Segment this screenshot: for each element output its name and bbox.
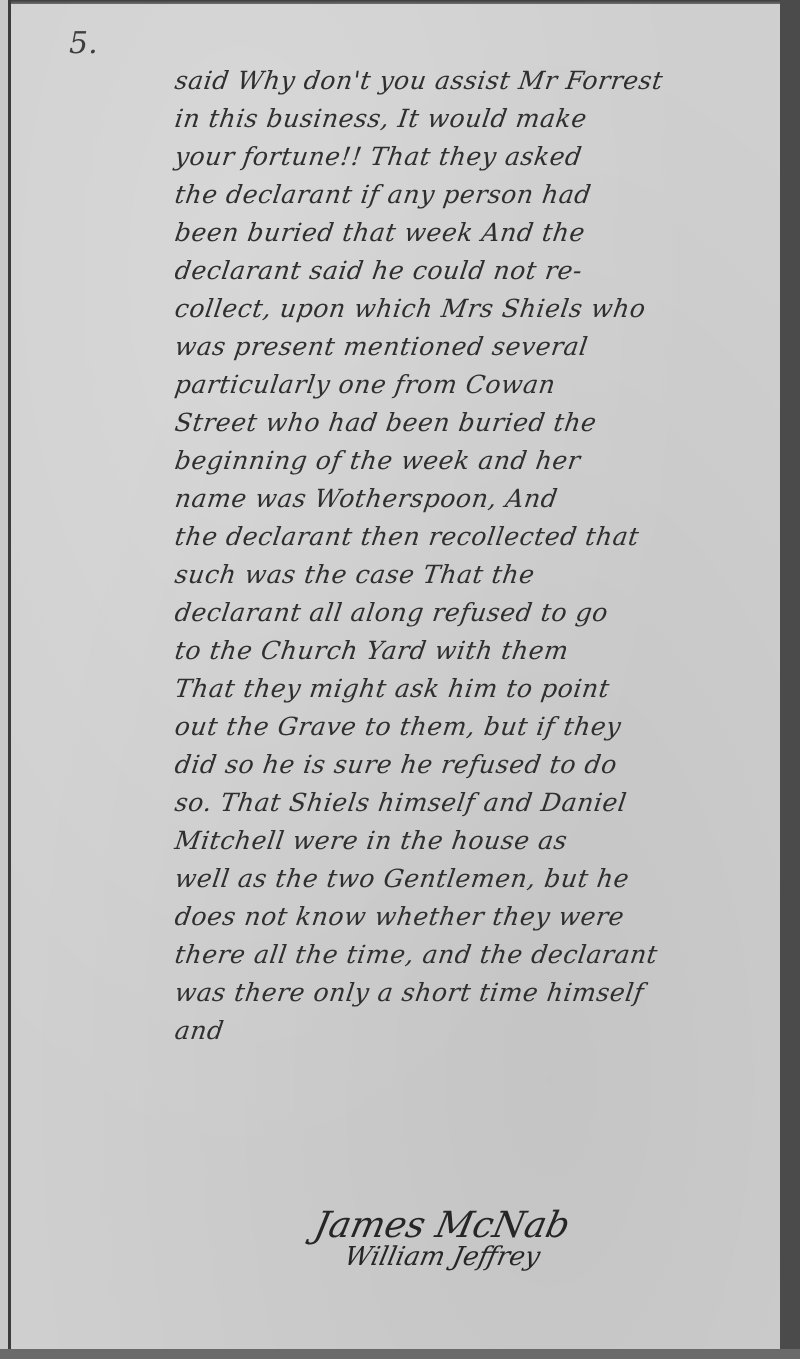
text-line: does not know whether they were — [172, 898, 777, 936]
scan-bottom-edge — [0, 1349, 800, 1359]
text-line: did so he is sure he refused to do — [172, 746, 777, 784]
text-line: Street who had been buried the — [172, 404, 777, 442]
text-line: out the Grave to them, but if they — [172, 708, 777, 746]
signature-block: James McNab William Jeffrey — [290, 1205, 569, 1272]
page-number: 5. — [69, 26, 98, 61]
signature-witness: William Jeffrey — [342, 1242, 573, 1272]
text-line: the declarant then recollected that — [172, 518, 777, 556]
text-line: declarant said he could not re- — [172, 252, 777, 290]
text-line: was there only a short time himself — [172, 974, 777, 1012]
text-line: was present mentioned several — [172, 328, 777, 366]
text-line: and — [172, 1012, 777, 1050]
text-line: in this business, It would make — [172, 100, 777, 138]
text-line: to the Church Yard with them — [172, 632, 777, 670]
text-line: said Why don't you assist Mr Forrest — [172, 62, 777, 100]
signature-declarant: James McNab — [311, 1205, 574, 1246]
text-line: declarant all along refused to go — [172, 594, 777, 632]
text-line: collect, upon which Mrs Shiels who — [172, 290, 777, 328]
text-line: there all the time, and the declarant — [172, 936, 777, 974]
text-line: name was Wotherspoon, And — [172, 480, 777, 518]
text-line: particularly one from Cowan — [172, 366, 777, 404]
text-line: the declarant if any person had — [172, 176, 777, 214]
text-line: well as the two Gentlemen, but he — [172, 860, 777, 898]
text-line: such was the case That the — [172, 556, 777, 594]
text-line: That they might ask him to point — [172, 670, 777, 708]
scan-right-edge — [780, 0, 800, 1359]
manuscript-body: said Why don't you assist Mr Forrest in … — [175, 62, 775, 1050]
text-line: been buried that week And the — [172, 214, 777, 252]
text-line: beginning of the week and her — [172, 442, 777, 480]
text-line: so. That Shiels himself and Daniel — [172, 784, 777, 822]
text-line: Mitchell were in the house as — [172, 822, 777, 860]
text-line: your fortune!! That they asked — [172, 138, 777, 176]
